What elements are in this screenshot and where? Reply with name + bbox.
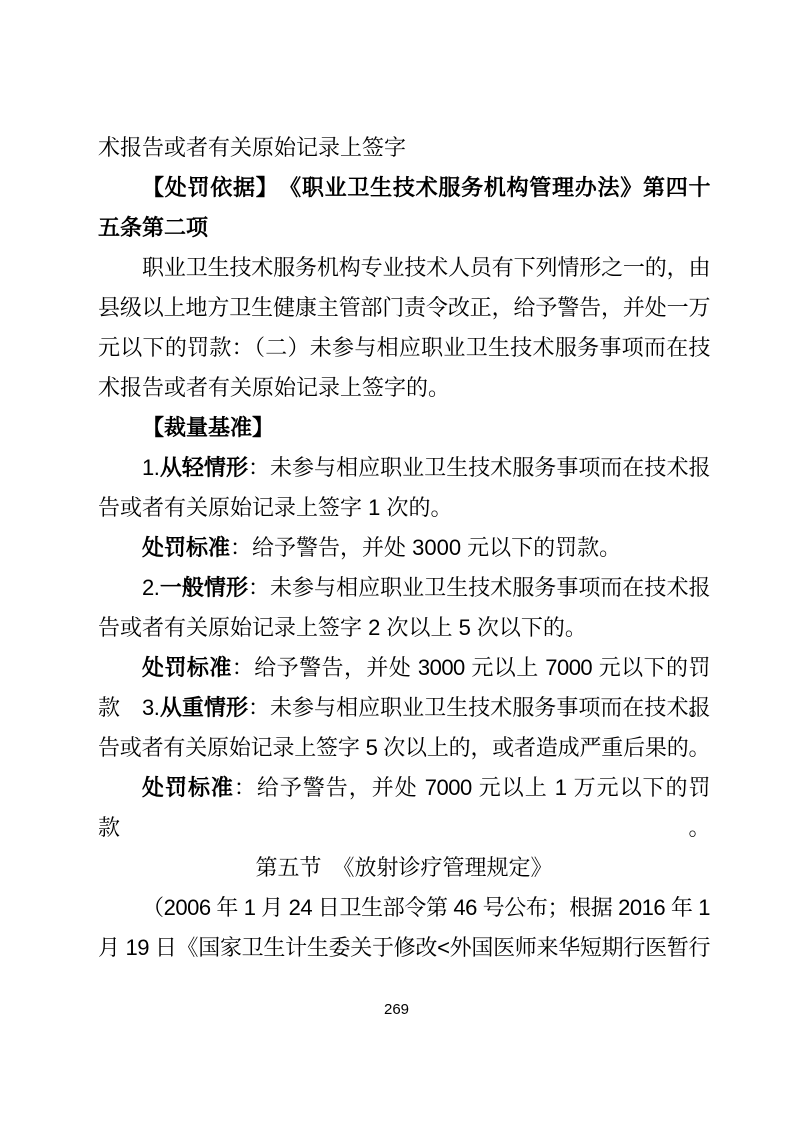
page-number: 269	[0, 1001, 793, 1018]
general-penalty-standard-line: 处罚标准：给予警告，并处 3000 元以上 7000 元以下的罚款。	[98, 648, 710, 688]
penalty-basis-heading-line-1: 【处罚依据】 《职业卫生技术服务机构管理办法》第四十	[98, 168, 710, 208]
discretion-benchmark-heading: 【裁量基准】	[98, 408, 710, 448]
severe-case-line-1: 3.从重情形：未参与相应职业卫生技术服务事项而在技术报	[98, 688, 710, 728]
paragraph-continuation-line: 术报告或者有关原始记录上签字	[98, 128, 710, 168]
lenient-case-label: 从轻情形	[159, 455, 248, 480]
general-case-line-2: 告或者有关原始记录上签字 2 次以上 5 次以下的。	[98, 608, 710, 648]
document-page: 术报告或者有关原始记录上签字 【处罚依据】 《职业卫生技术服务机构管理办法》第四…	[0, 0, 793, 1122]
lenient-case-line-2: 告或者有关原始记录上签字 1 次的。	[98, 488, 710, 528]
publication-info-line-1: （2006 年 1 月 24 日卫生部令第 46 号公布；根据 2016 年 1	[98, 888, 710, 928]
item-number: 2.	[142, 575, 159, 600]
publication-info-line-2: 月 19 日《国家卫生计生委关于修改<外国医师来华短期行医暂行	[98, 928, 710, 968]
section-title: 第五节 《放射诊疗管理规定》	[98, 848, 710, 888]
item-number: 1.	[142, 455, 159, 480]
penalty-standard-label: 处罚标准	[142, 535, 230, 560]
severe-case-label: 从重情形	[159, 695, 248, 720]
penalty-standard-label: 处罚标准	[142, 655, 232, 680]
severe-case-text: ：未参与相应职业卫生技术服务事项而在技术报	[248, 695, 710, 720]
statute-paragraph-line-3: 元以下的罚款：（二）未参与相应职业卫生技术服务事项而在技	[98, 328, 710, 368]
statute-paragraph-line-1: 职业卫生技术服务机构专业技术人员有下列情形之一的，由	[98, 248, 710, 288]
general-case-line-1: 2.一般情形：未参与相应职业卫生技术服务事项而在技术报	[98, 568, 710, 608]
lenient-penalty-standard-line: 处罚标准：给予警告，并处 3000 元以下的罚款。	[98, 528, 710, 568]
statute-paragraph-line-2: 县级以上地方卫生健康主管部门责令改正，给予警告，并处一万	[98, 288, 710, 328]
item-number: 3.	[142, 695, 159, 720]
document-body: 术报告或者有关原始记录上签字 【处罚依据】 《职业卫生技术服务机构管理办法》第四…	[98, 128, 710, 968]
lenient-case-line-1: 1.从轻情形：未参与相应职业卫生技术服务事项而在技术报	[98, 448, 710, 488]
severe-case-line-2: 告或者有关原始记录上签字 5 次以上的，或者造成严重后果的。	[98, 728, 710, 768]
general-case-label: 一般情形	[159, 575, 248, 600]
statute-paragraph-line-4: 术报告或者有关原始记录上签字的。	[98, 368, 710, 408]
general-case-text: ：未参与相应职业卫生技术服务事项而在技术报	[248, 575, 710, 600]
penalty-standard-text: ：给予警告，并处 3000 元以下的罚款。	[230, 535, 621, 560]
penalty-basis-heading-line-2: 五条第二项	[98, 208, 710, 248]
penalty-standard-label: 处罚标准	[142, 775, 234, 800]
severe-penalty-standard-line: 处罚标准：给予警告，并处 7000 元以上 1 万元以下的罚款。	[98, 768, 710, 808]
lenient-case-text: ：未参与相应职业卫生技术服务事项而在技术报	[248, 455, 710, 480]
